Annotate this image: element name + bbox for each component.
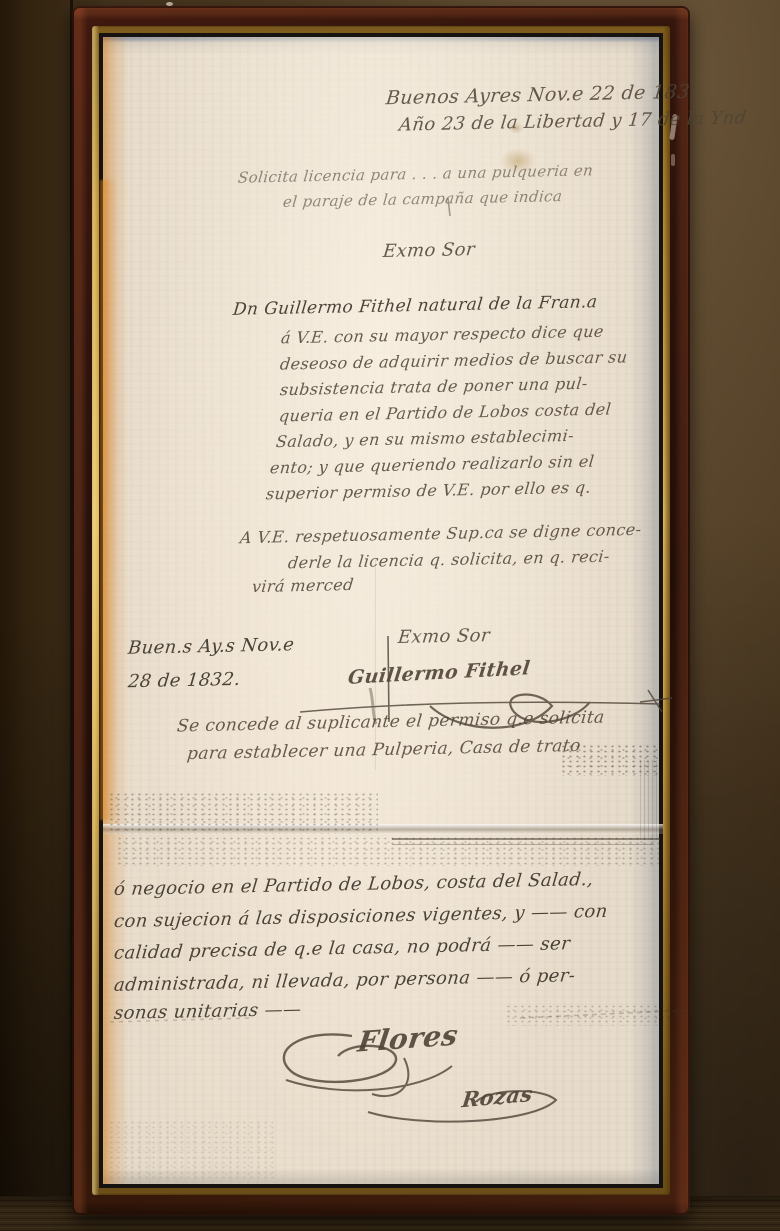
paper-fold-rule xyxy=(392,844,654,845)
paper-fold-rule xyxy=(392,838,660,840)
paper-fold-crease xyxy=(103,824,663,834)
frame-scuff-mark xyxy=(671,154,675,166)
resolution-date-line-1: Buen.s Ay.s Nov.e xyxy=(127,634,295,659)
salutation: Exmo Sor xyxy=(382,239,476,262)
resolution-date-line-2: 28 de 1832. xyxy=(127,669,242,692)
lower-line-5: sonas unitarias —— xyxy=(113,999,303,1024)
closing-line-3: virá merced xyxy=(251,575,355,596)
closing-salutation: Exmo Sor xyxy=(397,625,491,648)
